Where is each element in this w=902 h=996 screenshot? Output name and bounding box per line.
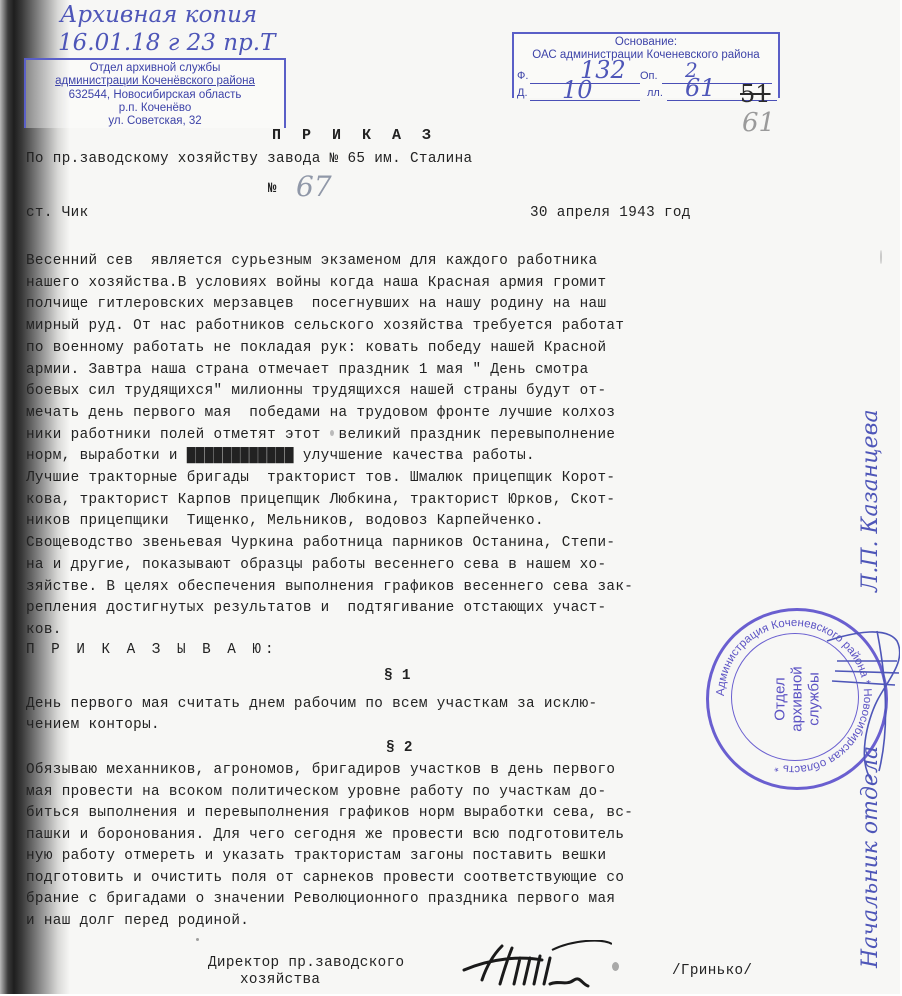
- text-line: и наш долг перед родиной.: [26, 911, 249, 931]
- text-line: ную работу отмереть и указать тракторист…: [26, 846, 606, 866]
- text-line: Весенний сев является сурьезным экзамено…: [26, 251, 598, 271]
- document-title: П Р И К А З: [272, 127, 437, 144]
- stamp-line: Отдел архивной службы: [26, 62, 284, 75]
- signatory-title-line1: Директор пр.заводского: [208, 955, 404, 971]
- text-line: Свощеводство звеньевая Чуркина работница…: [26, 533, 615, 553]
- archive-department-stamp: Отдел архивной службы администрации Коче…: [24, 58, 286, 128]
- signatory-name: /Гринько/: [672, 963, 752, 979]
- stamp-line: 632544, Новосибирская область: [26, 89, 284, 102]
- text-line: норм, выработки и ████████████ улучшение…: [26, 446, 535, 466]
- section-1-mark: § 1: [384, 668, 411, 684]
- handwritten-signature: [462, 940, 612, 994]
- scanned-page: Архивная копия 16.01.18 г 23 пр.Т Отдел …: [0, 0, 902, 996]
- order-heading: П Р И К А З Ы В А Ю:: [26, 642, 278, 658]
- text-line: брание с бригадами о значении Революцион…: [26, 889, 615, 909]
- scan-speck: [330, 430, 334, 436]
- text-line: Лучшие тракторные бригады тракторист тов…: [26, 468, 615, 488]
- text-line: Обязываю механников, агрономов, бригадир…: [26, 760, 615, 780]
- text-line: пашки и боронования. Для чего сегодня же…: [26, 825, 624, 845]
- text-line: мирный руд. От нас работников сельского …: [26, 316, 624, 336]
- seal-line: Отдел: [772, 666, 789, 731]
- text-line: репления достигнутых результатов и подтя…: [26, 598, 606, 618]
- document-date: 30 апреля 1943 год: [530, 205, 691, 221]
- text-line: боевых сил трудящихся" милионны трудящих…: [26, 381, 606, 401]
- delo-label: Д.: [517, 87, 528, 99]
- text-line: зяйстве. В целях обеспечения выполнения …: [26, 577, 633, 597]
- section-2-mark: § 2: [386, 740, 413, 756]
- listy-label: лл.: [647, 87, 663, 99]
- document-subtitle: По пр.заводскому хозяйству завода № 65 и…: [26, 151, 472, 167]
- page-mark: 61: [742, 108, 775, 138]
- text-line: ников прицепщики Тищенко, Мельников, вод…: [26, 511, 544, 531]
- signatory-title-line2: хозяйства: [240, 972, 320, 988]
- stamp-line: р.п. Коченёво: [26, 102, 284, 115]
- text-line: на и другие, показывают образцы работы в…: [26, 555, 606, 575]
- basis-stamp-org: ОАС администрации Коченевского района: [514, 49, 778, 62]
- stamp-line: администрации Коченёвского района: [26, 75, 284, 88]
- text-line: День первого мая считать днем рабочим по…: [26, 694, 598, 714]
- certifier-name: Л.П. Казанцева: [858, 409, 883, 592]
- fond-label: Ф.: [517, 70, 528, 82]
- text-line: мечать день первого мая победами на труд…: [26, 403, 615, 423]
- certifier-title: Начальник отдела: [858, 746, 883, 968]
- listy-value: 61: [685, 74, 716, 102]
- order-number-value: 67: [296, 170, 332, 203]
- text-line: кова, тракторист Карпов прицепщик Любкин…: [26, 490, 615, 510]
- opis-label: Оп.: [640, 70, 658, 82]
- handwritten-date-note: 16.01.18 г 23 пр.Т: [58, 30, 275, 56]
- text-line: чением конторы.: [26, 715, 160, 735]
- seal-center-text: Отдел архивной службы: [772, 666, 823, 731]
- text-line: ков.: [26, 620, 62, 640]
- scan-speck: [880, 250, 882, 264]
- seal-line: архивной: [789, 666, 806, 731]
- text-line: по военному работать не покладая рук: ко…: [26, 338, 606, 358]
- handwritten-archive-copy-note: Архивная копия: [60, 2, 257, 28]
- stamp-line: ул. Советская, 32: [26, 115, 284, 128]
- text-line: армии. Завтра наша страна отмечает празд…: [26, 360, 589, 380]
- order-number-label: №: [268, 181, 277, 197]
- text-line: мая провести на всоком политическом уров…: [26, 782, 606, 802]
- basis-stamp-title: Основание:: [514, 36, 778, 49]
- text-line: полчище гитлеровских мерзавцев посегнувш…: [26, 294, 606, 314]
- text-line: нашего хозяйства.В условиях войны когда …: [26, 273, 606, 293]
- scan-speck: [196, 938, 199, 941]
- text-line: ники работники полей отметят этот велики…: [26, 425, 615, 445]
- scan-speck: [612, 962, 619, 971]
- text-line: подготовить и очистить поля от сарнеков …: [26, 868, 624, 888]
- place: ст. Чик: [26, 205, 89, 221]
- text-line: биться выполнения и перевыполнения графи…: [26, 803, 633, 823]
- delo-value: 10: [562, 76, 593, 104]
- struck-page-number: 51: [740, 80, 771, 108]
